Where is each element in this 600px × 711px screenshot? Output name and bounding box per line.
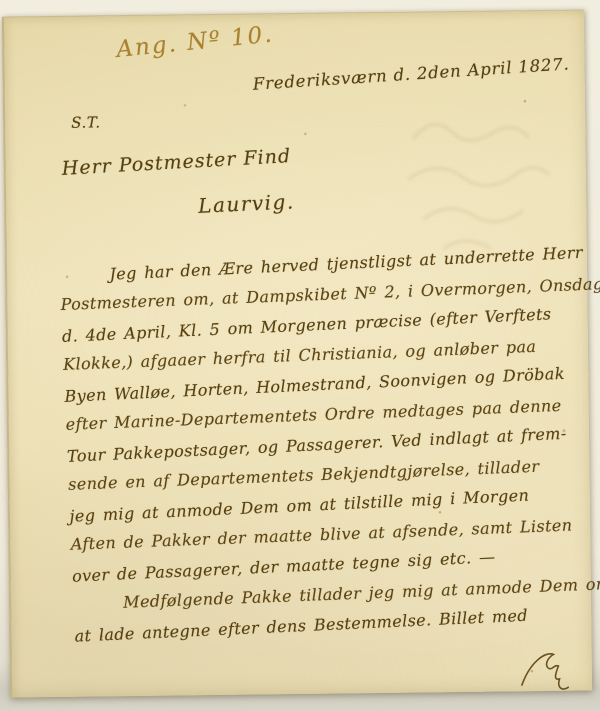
addressee-place: Laurvig.: [198, 189, 296, 218]
letter-photo: Ang. Nº 10. Frederiksværn d. 2den April …: [0, 0, 600, 711]
archival-annotation: Ang. Nº 10.: [115, 21, 274, 63]
signature-paraph: [515, 641, 580, 704]
paraph-flourish-icon: [515, 641, 580, 704]
letter-paper: Ang. Nº 10. Frederiksværn d. 2den April …: [2, 9, 592, 697]
letter-body: Jeg har den Ære herved tjenstligst at un…: [59, 240, 580, 651]
salutation-abbreviation: S.T.: [71, 113, 101, 131]
addressee-line: Herr Postmester Find: [61, 145, 291, 180]
